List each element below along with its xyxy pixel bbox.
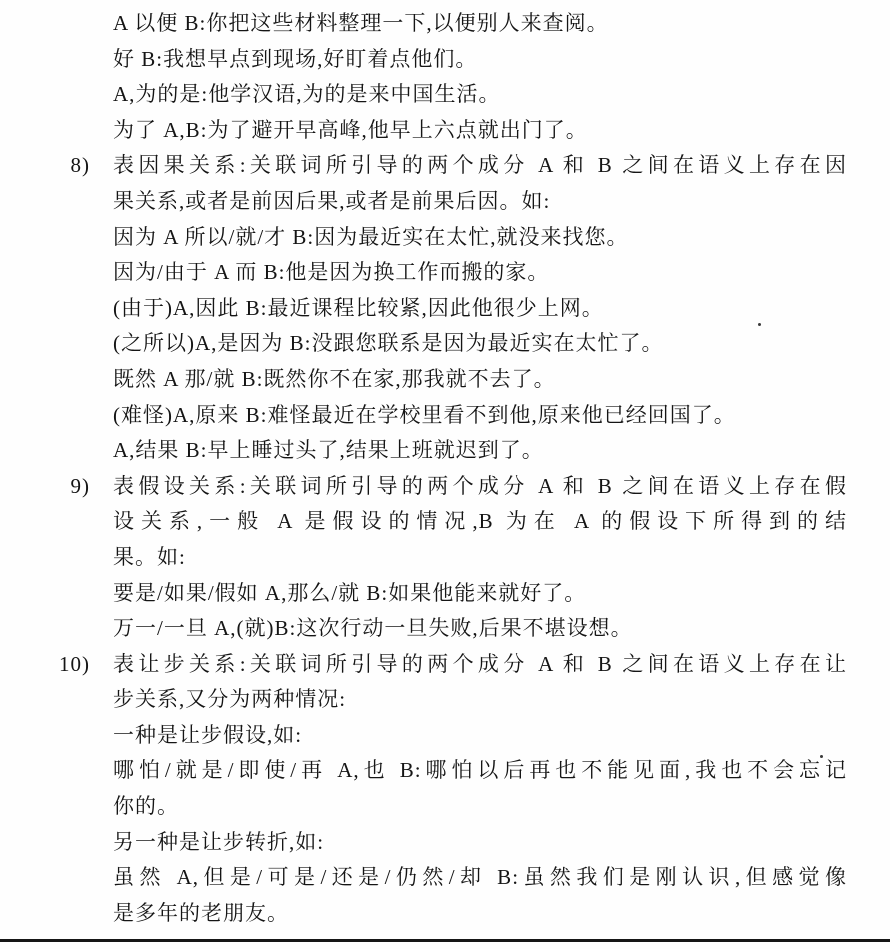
line-text: 你的。 — [113, 789, 890, 825]
line-text: 要是/如果/假如 A,那么/就 B:如果他能来就好了。 — [113, 576, 890, 612]
text-line: A 以便 B:你把这些材料整理一下,以便别人来查阅。 — [0, 6, 890, 42]
line-text: 表假设关系:关联词所引导的两个成分 A 和 B 之间在语义上存在假 — [113, 469, 847, 505]
line-text: 虽然 A,但是/可是/还是/仍然/却 B:虽然我们是刚认识,但感觉像 — [113, 860, 847, 896]
line-text: 为了 A,B:为了避开早高峰,他早上六点就出门了。 — [113, 113, 890, 149]
list-number: 8) — [0, 148, 90, 184]
scan-artifact-dot — [820, 755, 823, 758]
text-line: 步关系,又分为两种情况: — [0, 682, 890, 718]
text-line: 另一种是让步转折,如: — [0, 825, 890, 861]
list-number: 10) — [0, 647, 90, 683]
line-text: 表因果关系:关联词所引导的两个成分 A 和 B 之间在语义上存在因 — [113, 148, 847, 184]
text-line-numbered: 8)表因果关系:关联词所引导的两个成分 A 和 B 之间在语义上存在因 — [0, 148, 890, 184]
text-line-numbered: 9)表假设关系:关联词所引导的两个成分 A 和 B 之间在语义上存在假 — [0, 469, 890, 505]
text-line: 哪怕/就是/即使/再 A,也 B:哪怕以后再也不能见面,我也不会忘记 — [0, 753, 890, 789]
text-line: 因为/由于 A 而 B:他是因为换工作而搬的家。 — [0, 255, 890, 291]
text-line: 好 B:我想早点到现场,好盯着点他们。 — [0, 42, 890, 78]
text-line: 是多年的老朋友。 — [0, 896, 890, 932]
text-line: 要是/如果/假如 A,那么/就 B:如果他能来就好了。 — [0, 576, 890, 612]
text-line: 万一/一旦 A,(就)B:这次行动一旦失败,后果不堪设想。 — [0, 611, 890, 647]
line-text: A,结果 B:早上睡过头了,结果上班就迟到了。 — [113, 433, 890, 469]
text-line: (之所以)A,是因为 B:没跟您联系是因为最近实在太忙了。 — [0, 326, 890, 362]
line-text: 另一种是让步转折,如: — [113, 825, 890, 861]
scan-artifact-dot — [758, 323, 761, 326]
line-text: (之所以)A,是因为 B:没跟您联系是因为最近实在太忙了。 — [113, 326, 890, 362]
line-text: 因为/由于 A 而 B:他是因为换工作而搬的家。 — [113, 255, 890, 291]
line-text: A 以便 B:你把这些材料整理一下,以便别人来查阅。 — [113, 6, 890, 42]
line-text: (难怪)A,原来 B:难怪最近在学校里看不到他,原来他已经回国了。 — [113, 398, 890, 434]
line-text: 因为 A 所以/就/才 B:因为最近实在太忙,就没来找您。 — [113, 220, 890, 256]
text-line: 果关系,或者是前因后果,或者是前果后因。如: — [0, 184, 890, 220]
line-text: 果。如: — [113, 540, 890, 576]
text-line: (由于)A,因此 B:最近课程比较紧,因此他很少上网。 — [0, 291, 890, 327]
line-text: 果关系,或者是前因后果,或者是前果后因。如: — [113, 184, 890, 220]
textbook-page: A 以便 B:你把这些材料整理一下,以便别人来查阅。 好 B:我想早点到现场,好… — [0, 0, 890, 949]
line-text: (由于)A,因此 B:最近课程比较紧,因此他很少上网。 — [113, 291, 890, 327]
text-line: 为了 A,B:为了避开早高峰,他早上六点就出门了。 — [0, 113, 890, 149]
text-line: A,结果 B:早上睡过头了,结果上班就迟到了。 — [0, 433, 890, 469]
page-bottom-rule — [0, 939, 890, 942]
line-text: 步关系,又分为两种情况: — [113, 682, 890, 718]
text-line: 一种是让步假设,如: — [0, 718, 890, 754]
line-text: 哪怕/就是/即使/再 A,也 B:哪怕以后再也不能见面,我也不会忘记 — [113, 753, 847, 789]
text-line: 因为 A 所以/就/才 B:因为最近实在太忙,就没来找您。 — [0, 220, 890, 256]
line-text: 既然 A 那/就 B:既然你不在家,那我就不去了。 — [113, 362, 890, 398]
line-text: A,为的是:他学汉语,为的是来中国生活。 — [113, 77, 890, 113]
text-block: A 以便 B:你把这些材料整理一下,以便别人来查阅。 好 B:我想早点到现场,好… — [0, 6, 890, 931]
line-text: 万一/一旦 A,(就)B:这次行动一旦失败,后果不堪设想。 — [113, 611, 890, 647]
text-line-numbered: 10)表让步关系:关联词所引导的两个成分 A 和 B 之间在语义上存在让 — [0, 647, 890, 683]
text-line: 你的。 — [0, 789, 890, 825]
text-line: (难怪)A,原来 B:难怪最近在学校里看不到他,原来他已经回国了。 — [0, 398, 890, 434]
line-text: 是多年的老朋友。 — [113, 896, 890, 932]
text-line: 既然 A 那/就 B:既然你不在家,那我就不去了。 — [0, 362, 890, 398]
line-text: 表让步关系:关联词所引导的两个成分 A 和 B 之间在语义上存在让 — [113, 647, 847, 683]
text-line: 虽然 A,但是/可是/还是/仍然/却 B:虽然我们是刚认识,但感觉像 — [0, 860, 890, 896]
text-line: 设关系,一般 A 是假设的情况,B 为在 A 的假设下所得到的结 — [0, 504, 890, 540]
line-text: 设关系,一般 A 是假设的情况,B 为在 A 的假设下所得到的结 — [113, 504, 847, 540]
text-line: 果。如: — [0, 540, 890, 576]
list-number: 9) — [0, 469, 90, 505]
line-text: 一种是让步假设,如: — [113, 718, 890, 754]
text-line: A,为的是:他学汉语,为的是来中国生活。 — [0, 77, 890, 113]
line-text: 好 B:我想早点到现场,好盯着点他们。 — [113, 42, 890, 78]
